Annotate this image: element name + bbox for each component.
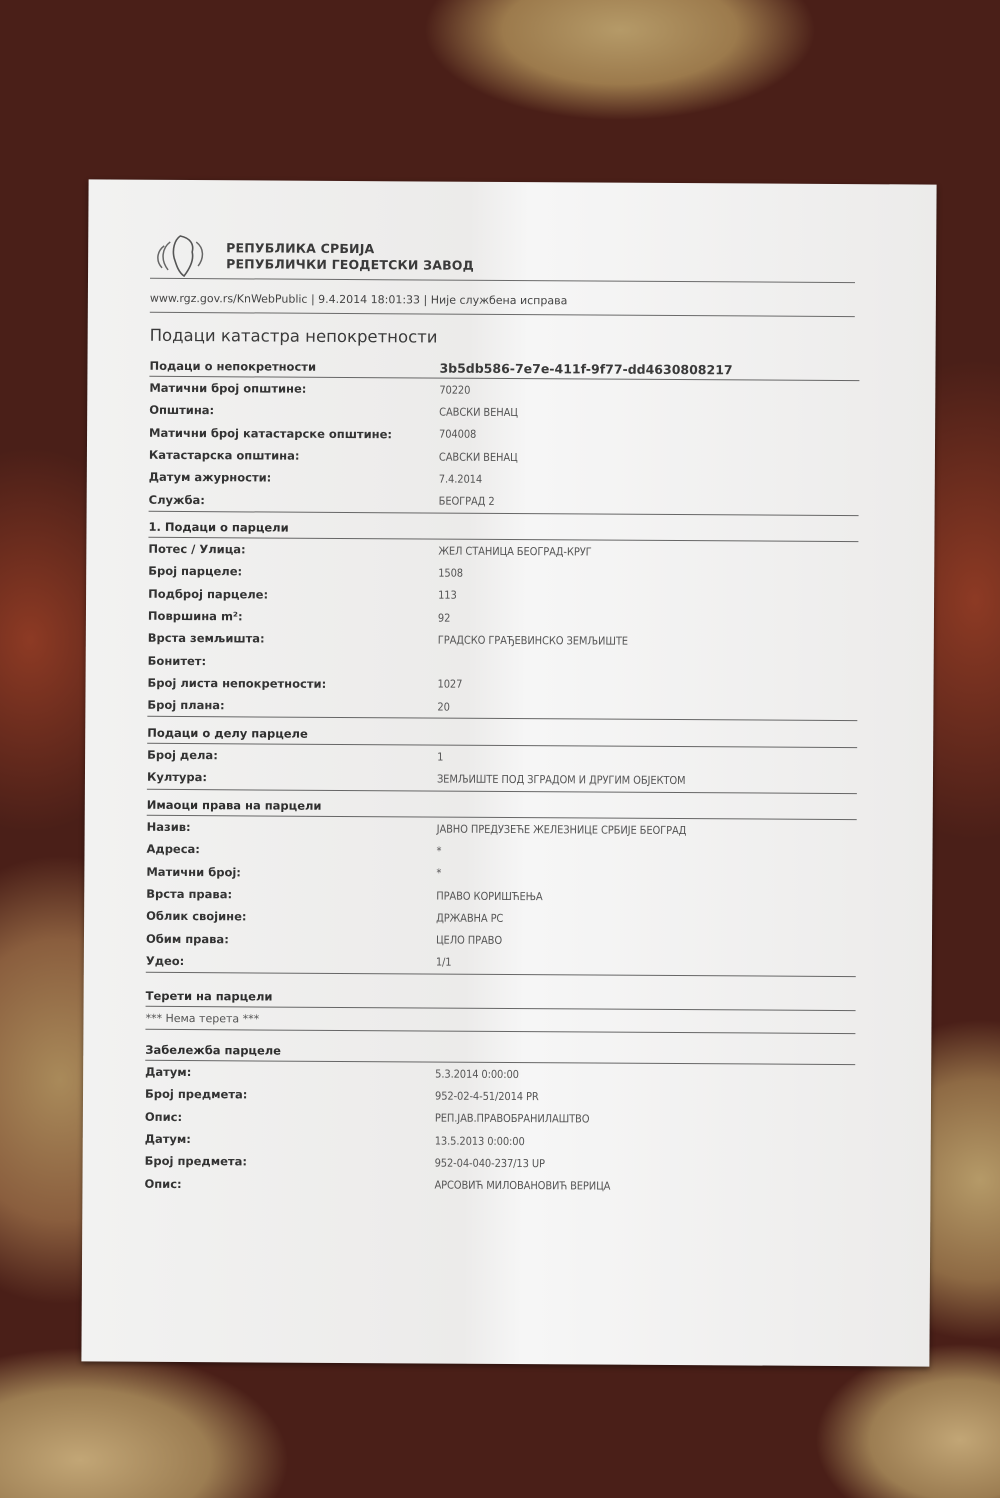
no-burdens-note: *** Нема терета ***: [145, 1007, 855, 1034]
field-value: 1/1: [436, 956, 452, 969]
owners-section: Имаоци права на парцели Назив:ЈАВНО ПРЕД…: [146, 795, 857, 977]
document-header: РЕПУБЛИКА СРБИЈА РЕПУБЛИЧКИ ГЕОДЕТСКИ ЗА…: [150, 232, 474, 282]
field-value: ПРАВО КОРИШЋЕЊА: [436, 889, 542, 903]
field-value: 13.5.2013 0:00:00: [435, 1134, 525, 1148]
field-value: АРСОВИЋ МИЛОВАНОВИЋ ВЕРИЦА: [434, 1179, 610, 1193]
field-value: 113: [438, 589, 457, 602]
field-label: Број плана:: [147, 698, 437, 714]
field-label: Подброј парцеле:: [148, 587, 438, 603]
divider: [150, 312, 855, 317]
field-value: САВСКИ ВЕНАЦ: [439, 450, 518, 463]
field-label: Датум:: [145, 1132, 435, 1148]
field-label: Врста права:: [146, 887, 436, 903]
field-label: Матични број општине:: [149, 381, 439, 397]
field-value: САВСКИ ВЕНАЦ: [439, 406, 518, 419]
field-label: Датум:: [145, 1065, 435, 1081]
org-name-line1: РЕПУБЛИКА СРБИЈА: [226, 240, 474, 258]
field-row: Култура:ЗЕМЉИШТЕ ПОД ЗГРАДОМ И ДРУГИМ ОБ…: [147, 766, 857, 793]
field-label: Број предмета:: [145, 1087, 435, 1103]
field-label: Број листа непокретности:: [148, 676, 438, 692]
owners-rows: Назив:ЈАВНО ПРЕДУЗЕЋЕ ЖЕЛЕЗНИЦЕ СРБИЈЕ Б…: [146, 816, 857, 977]
field-label: Назив:: [147, 820, 437, 836]
field-value: БЕОГРАД 2: [439, 495, 495, 508]
field-label: Служба:: [149, 492, 439, 508]
field-row: Служба:БЕОГРАД 2: [149, 488, 859, 515]
field-label: Бонитет:: [148, 653, 438, 669]
notes-rows: Датум:5.3.2014 0:00:00Број предмета:952-…: [144, 1061, 855, 1199]
org-name-line2: РЕПУБЛИЧКИ ГЕОДЕТСКИ ЗАВОД: [226, 256, 474, 274]
field-value: 70220: [439, 383, 470, 396]
field-value: 952-02-4-51/2014 PR: [435, 1089, 539, 1103]
field-label: Удео:: [146, 954, 436, 970]
field-label: Датум ажурности:: [149, 470, 439, 486]
serbia-map-logo-icon: [150, 232, 218, 280]
section-heading: Подаци о непокретности: [149, 359, 439, 375]
field-value: 7.4.2014: [439, 472, 482, 485]
field-label: Опис:: [145, 1110, 435, 1126]
property-section: Подаци о непокретности 3b5db586-7e7e-411…: [149, 356, 860, 516]
field-value: РЕП.ЈАВ.ПРАВОБРАНИЛАШТВО: [435, 1112, 590, 1126]
field-label: Врста земљишта:: [148, 631, 438, 647]
field-label: Опис:: [144, 1176, 434, 1192]
field-label: Облик својине:: [146, 909, 436, 925]
field-label: Матични број:: [146, 865, 436, 881]
field-label: Култура:: [147, 770, 437, 786]
field-label: Општина:: [149, 403, 439, 419]
parcel-part-rows: Број дела:1Култура:ЗЕМЉИШТЕ ПОД ЗГРАДОМ …: [147, 744, 857, 794]
parcel-rows: Потес / Улица:ЖЕЛ СТАНИЦА БЕОГРАД-КРУГБр…: [147, 538, 858, 722]
parcel-section: 1. Подаци о парцели Потес / Улица:ЖЕЛ СТ…: [147, 517, 858, 722]
field-value: ЦЕЛО ПРАВО: [436, 934, 502, 947]
source-meta: www.rgz.gov.rs/KnWebPublic | 9.4.2014 18…: [150, 292, 568, 308]
field-value: 704008: [439, 428, 476, 441]
field-label: Број дела:: [147, 748, 437, 764]
field-value: 1027: [437, 678, 462, 691]
printed-document: РЕПУБЛИКА СРБИЈА РЕПУБЛИЧКИ ГЕОДЕТСКИ ЗА…: [81, 179, 936, 1366]
field-value: ЖЕЛ СТАНИЦА БЕОГРАД-КРУГ: [438, 544, 591, 558]
field-label: Адреса:: [146, 842, 436, 858]
field-label: Потес / Улица:: [148, 542, 438, 558]
field-value: 5.3.2014 0:00:00: [435, 1067, 519, 1081]
field-label: Површина m²:: [148, 609, 438, 625]
field-value: 952-04-040-237/13 UP: [435, 1156, 545, 1170]
field-row: Удео:1/1: [146, 950, 856, 977]
field-label: Матични број катастарске општине:: [149, 426, 439, 442]
field-row: Опис:АРСОВИЋ МИЛОВАНОВИЋ ВЕРИЦА: [144, 1172, 854, 1199]
field-label: Број предмета:: [145, 1154, 435, 1170]
field-value: ЗЕМЉИШТЕ ПОД ЗГРАДОМ И ДРУГИМ ОБЈЕКТОМ: [437, 772, 686, 787]
burdens-section: Терети на парцели *** Нема терета ***: [145, 986, 855, 1034]
property-rows: Матични број општине:70220Општина:САВСКИ…: [149, 377, 860, 516]
field-value: ГРАДСКО ГРАЂЕВИНСКО ЗЕМЉИШТЕ: [438, 633, 628, 647]
field-label: Обим права:: [146, 931, 436, 947]
notes-section: Забележба парцеле Датум:5.3.2014 0:00:00…: [144, 1040, 855, 1199]
parcel-part-section: Подаци о делу парцеле Број дела:1Култура…: [147, 723, 857, 794]
field-row: Број плана:20: [147, 694, 857, 721]
field-value: 20: [437, 700, 449, 713]
document-title: Подаци катастра непокретности: [150, 326, 438, 347]
field-value: 92: [438, 611, 450, 624]
field-value: *: [436, 867, 441, 880]
field-label: Катастарска општина:: [149, 448, 439, 464]
field-value: ДРЖАВНА РС: [436, 911, 503, 924]
field-label: Број парцеле:: [148, 564, 438, 580]
field-value: 1508: [438, 567, 463, 580]
field-value: 1: [437, 750, 443, 763]
field-value: ЈАВНО ПРЕДУЗЕЋЕ ЖЕЛЕЗНИЦЕ СРБИЈЕ БЕОГРАД: [437, 822, 687, 837]
field-value: *: [436, 844, 441, 857]
property-id: 3b5db586-7e7e-411f-9f77-dd4630808217: [439, 360, 732, 377]
